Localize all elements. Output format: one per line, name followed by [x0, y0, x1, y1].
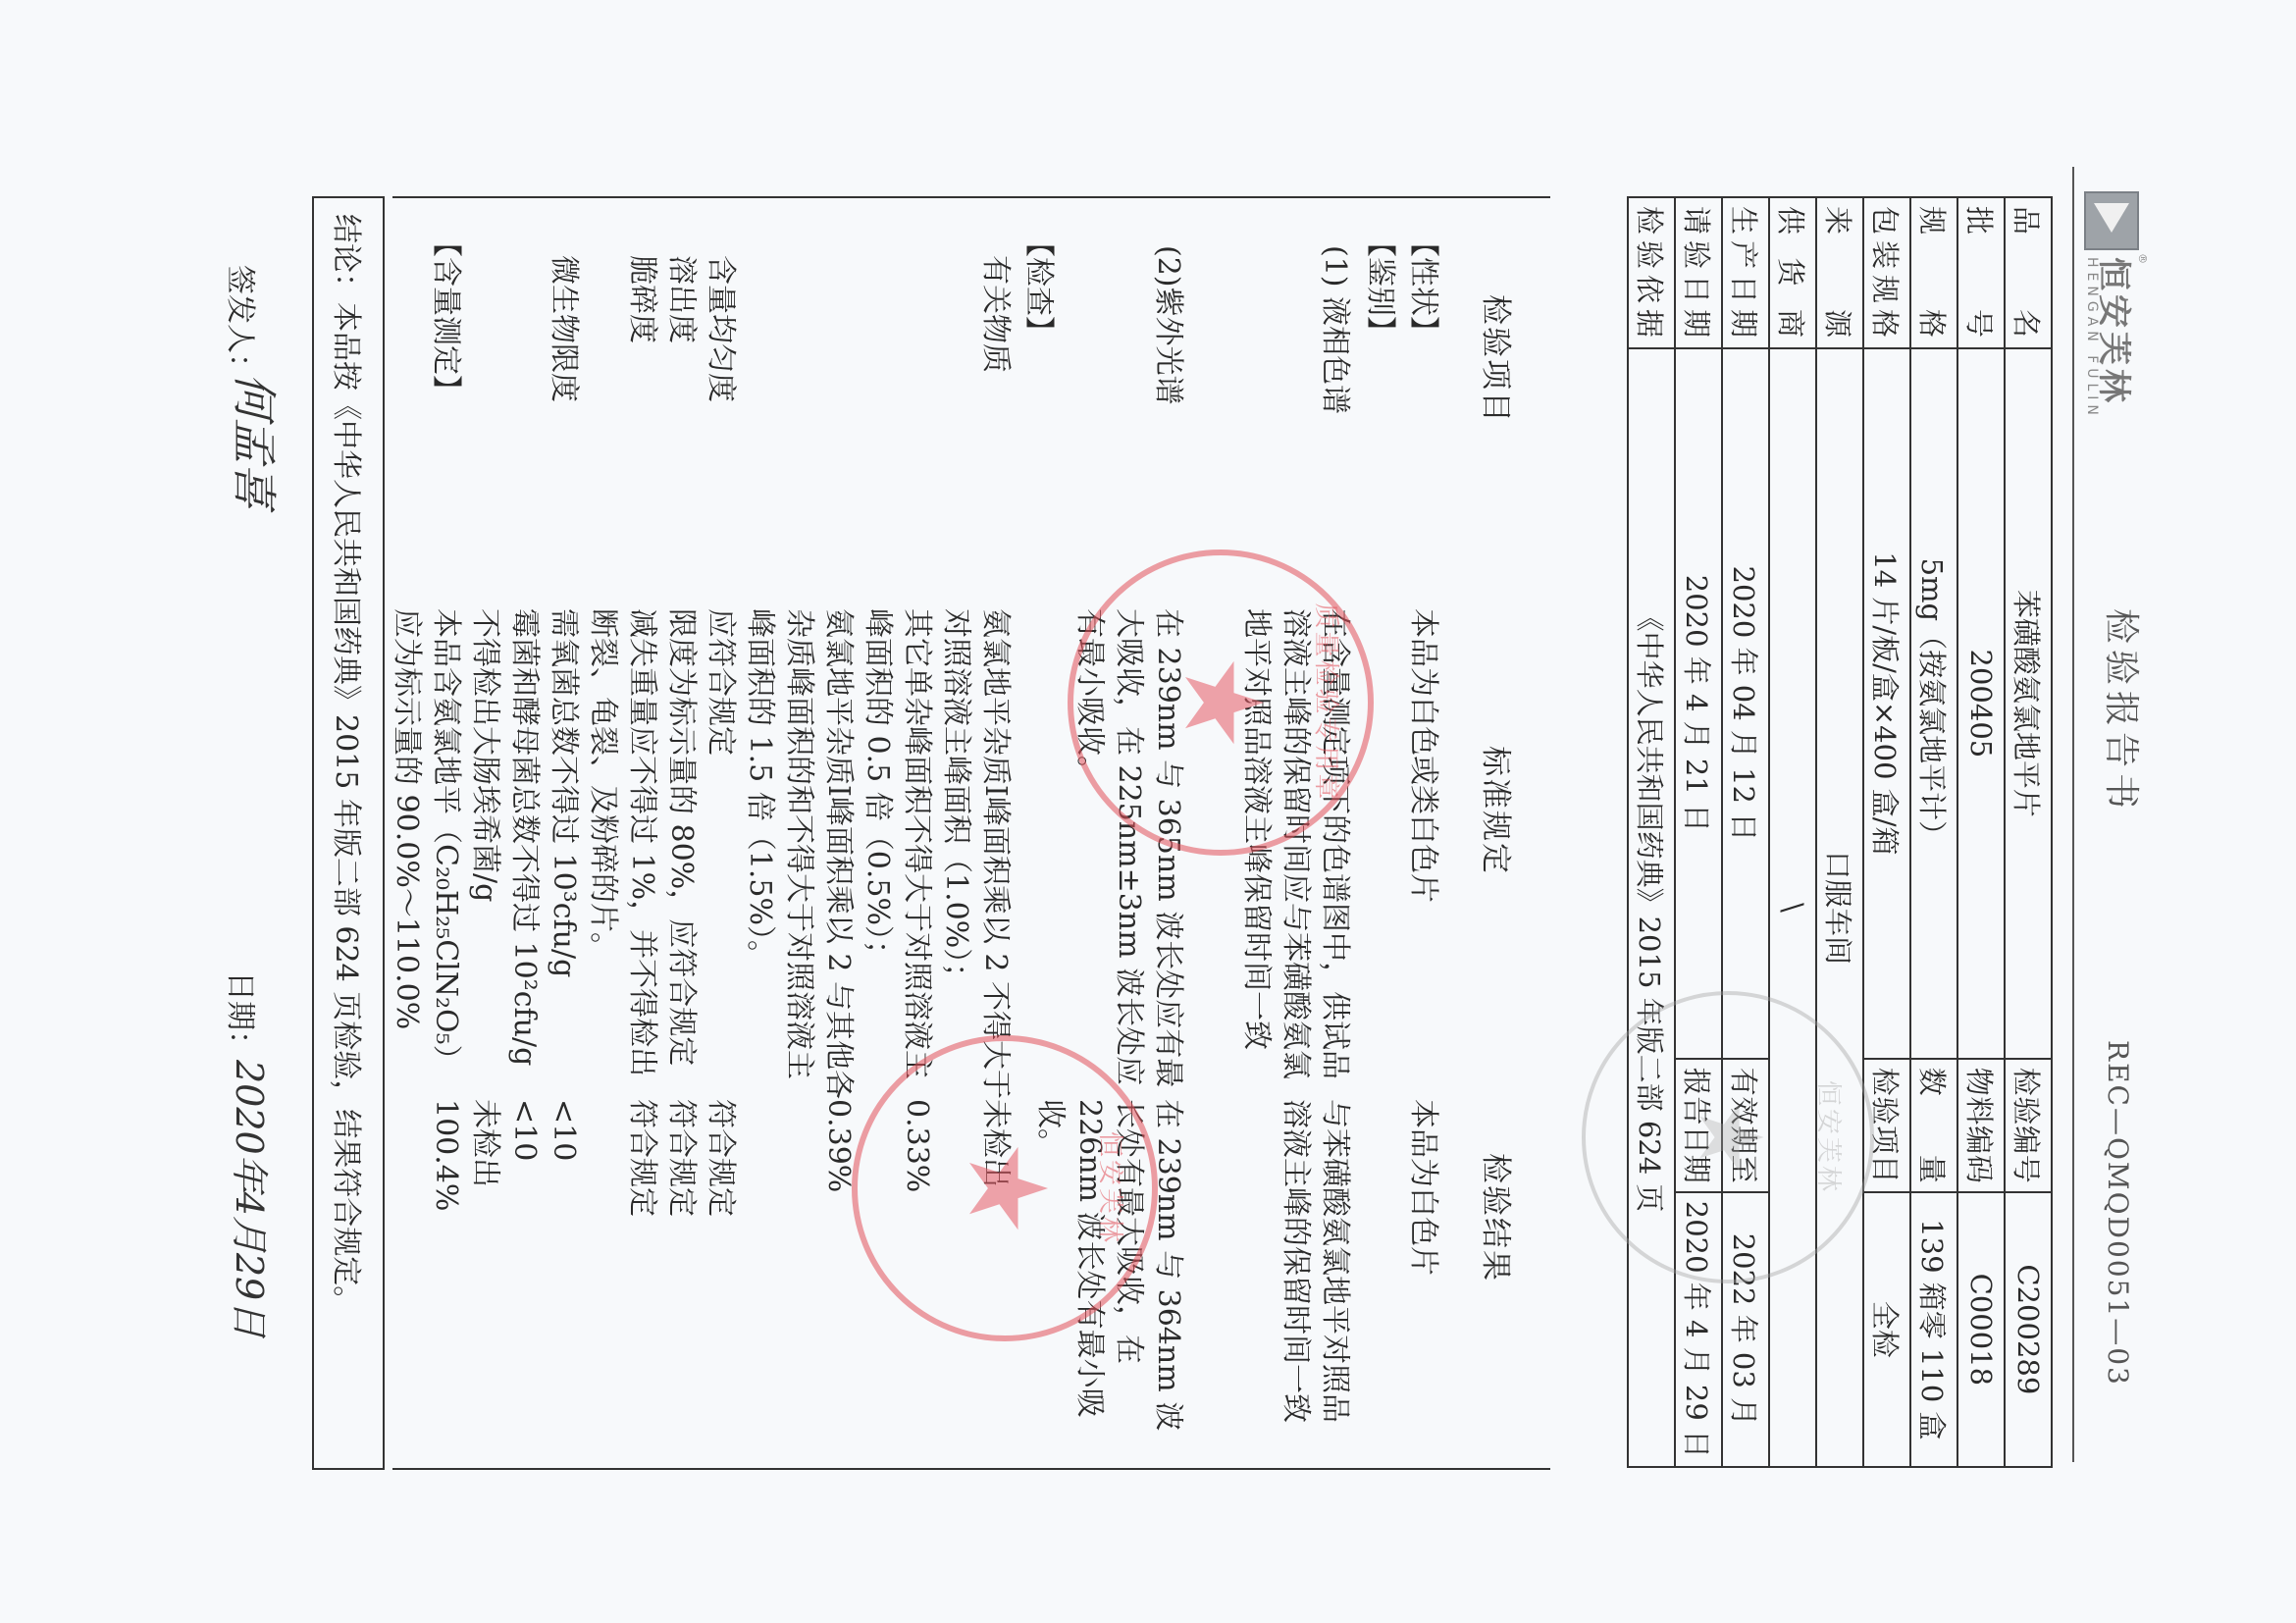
- report-title: 检验报告书: [2099, 608, 2149, 814]
- info-value: 2020 年 4 月 21 日: [1675, 348, 1722, 1059]
- related-standard-3: 氨氯地平杂质Ⅰ峰面积乘以 2 与其他各杂质峰面积的和不得大于对照溶液主峰面积的 …: [740, 608, 858, 1099]
- dissolution-result: 符合规定: [661, 1099, 701, 1433]
- document-code: REC—QMQD0051—03: [2102, 1040, 2134, 1387]
- company-name-cn: 恒安芙林: [2093, 257, 2141, 406]
- info-label: 检验编号: [2005, 1059, 2052, 1192]
- info-row: 包装规格 14 片/板/盒×400 盒/箱 检验项目 全检: [1863, 197, 1910, 1467]
- info-label: 规 格: [1910, 197, 1957, 348]
- uv-result: 在 239nm 与 364nm 波长处有最大吸收，在 226nm 波长处有最小吸…: [1030, 1099, 1187, 1433]
- info-row: 检验依据 《中华人民共和国药典》2015 年版二部 624 页: [1628, 197, 1675, 1467]
- info-value: 《中华人民共和国药典》2015 年版二部 624 页: [1628, 348, 1675, 1467]
- info-label: 供 货 商: [1769, 197, 1816, 348]
- column-header-standard: 标准规定: [1477, 746, 1521, 875]
- header-divider: [2072, 167, 2074, 1462]
- info-label: 检验项目: [1863, 1059, 1910, 1192]
- info-label: 品 名: [2005, 197, 2052, 348]
- sample-info-table: 品 名 苯磺酸氨氯地平片 检验编号 C200289 批 号 200405 物料编…: [1627, 196, 2053, 1468]
- signer-label: 签发人：: [222, 265, 265, 383]
- info-value: 全检: [1863, 1192, 1910, 1467]
- info-label: 检验依据: [1628, 197, 1675, 348]
- info-row: 规 格 5mg（按氨氯地平计） 数 量 139 箱零 110 盒: [1910, 197, 1957, 1467]
- info-label: 批 号: [1957, 197, 2005, 348]
- test-item-microbial-limit: 微生物限度: [544, 255, 583, 402]
- uniformity-standard: 应符合规定: [701, 608, 740, 1099]
- info-label: 报告日期: [1675, 1059, 1722, 1192]
- info-value: \: [1769, 348, 1816, 1467]
- company-name-en: HENGAN FULIN: [2084, 257, 2100, 420]
- info-label: 生产日期: [1722, 197, 1769, 348]
- micro-standard-2: 霉菌和酵母菌总数不得过 10²cfu/g: [504, 608, 544, 1099]
- appearance-result: 本品为白色片: [1403, 1099, 1442, 1433]
- date-signature: 2020年4月29日: [226, 1060, 280, 1337]
- micro-result-1: <10: [544, 1099, 583, 1433]
- info-label: 来 源: [1816, 197, 1863, 348]
- hplc-standard: 在含量测定项下的色谱图中，供试品溶液主峰的保留时间应与苯磺酸氨氯地平对照品溶液主…: [1236, 608, 1354, 1099]
- info-value: 5mg（按氨氯地平计）: [1910, 348, 1957, 1059]
- info-row: 来 源 口服车间: [1816, 197, 1863, 1467]
- micro-result-3: 未检出: [465, 1099, 504, 1433]
- info-label: 物料编码: [1957, 1059, 2005, 1192]
- related-result-1: 未检出: [975, 1099, 1015, 1433]
- appearance-standard: 本品为白色或类白色片: [1403, 608, 1442, 1099]
- related-standard-1: 氨氯地平杂质Ⅰ峰面积乘以 2 不得大于对照溶液主峰面积（1.0%）；: [936, 608, 1015, 1099]
- section-identification: 【鉴别】: [1360, 228, 1399, 345]
- uv-standard: 在 239nm 与 365nm 波长处应有最大吸收，在 225nm±3nm 波长…: [1070, 608, 1187, 1099]
- info-value: 苯磺酸氨氯地平片: [2005, 348, 2052, 1059]
- info-value: 14 片/板/盒×400 盒/箱: [1863, 348, 1910, 1059]
- micro-standard-3: 不得检出大肠埃希菌/g: [465, 608, 504, 1099]
- info-row: 生产日期 2020 年 04 月 12 日 有效期至 2022 年 03 月: [1722, 197, 1769, 1467]
- test-item-content-uniformity: 含量均匀度: [701, 255, 740, 402]
- info-row: 供 货 商 \: [1769, 197, 1816, 1467]
- dissolution-standard: 限度为标示量的 80%，应符合规定: [661, 608, 701, 1099]
- uniformity-result: 符合规定: [701, 1099, 740, 1433]
- info-row: 请验日期 2020 年 4 月 21 日 报告日期 2020 年 4 月 29 …: [1675, 197, 1722, 1467]
- friability-standard: 减失重量应不得过 1%，并不得检出断裂、龟裂、及粉碎的片。: [583, 608, 661, 1099]
- friability-result: 符合规定: [622, 1099, 661, 1433]
- info-row: 批 号 200405 物料编码 C00018: [1957, 197, 2005, 1467]
- info-label: 请验日期: [1675, 197, 1722, 348]
- inspection-report-page: 恒安芙林 ® HENGAN FULIN 检验报告书 REC—QMQD0051—0…: [0, 0, 2296, 1623]
- assay-result: 100.4%: [426, 1099, 465, 1433]
- section-assay: 【含量测定】: [426, 228, 465, 404]
- conclusion-text: 结论：本品按《中华人民共和国药典》2015 年版二部 624 页检验，结果符合规…: [328, 214, 371, 1315]
- info-value: 200405: [1957, 348, 2005, 1059]
- section-checks: 【检查】: [1018, 228, 1058, 345]
- info-value: 口服车间: [1816, 348, 1863, 1467]
- related-standard-2: 其它单杂峰面积不得大于对照溶液主峰面积的 0.5 倍（0.5%）；: [858, 608, 936, 1099]
- info-label: 包装规格: [1863, 197, 1910, 348]
- info-value: 2020 年 4 月 29 日: [1675, 1192, 1722, 1467]
- test-item-related-substances: 有关物质: [975, 255, 1015, 373]
- test-item-hplc: (1) 液相色谱: [1315, 245, 1354, 414]
- info-value: C00018: [1957, 1192, 2005, 1467]
- assay-standard: 本品含氨氯地平（C₂₀H₂₅ClN₂O₅）应为标示量的 90.0%～110.0%: [387, 608, 465, 1099]
- info-value: 139 箱零 110 盒: [1910, 1192, 1957, 1467]
- company-logo-icon: [2084, 191, 2139, 250]
- info-label: 数 量: [1910, 1059, 1957, 1192]
- registered-mark: ®: [2136, 253, 2149, 264]
- related-result-2: 0.33%: [897, 1099, 936, 1433]
- test-item-dissolution: 溶出度: [661, 255, 701, 343]
- column-header-result: 检验结果: [1477, 1153, 1521, 1283]
- hplc-result: 与苯磺酸氨氯地平对照品溶液主峰的保留时间一致: [1276, 1099, 1354, 1433]
- signer-signature: 何孟喜: [225, 373, 289, 508]
- date-label: 日期：: [222, 971, 265, 1060]
- section-appearance: 【性状】: [1403, 228, 1442, 345]
- test-item-friability: 脆碎度: [622, 255, 661, 343]
- info-row: 品 名 苯磺酸氨氯地平片 检验编号 C200289: [2005, 197, 2052, 1467]
- micro-standard-1: 需氧菌总数不得过 10³cfu/g: [544, 608, 583, 1099]
- micro-result-2: <10: [504, 1099, 544, 1433]
- info-value: 2020 年 04 月 12 日: [1722, 348, 1769, 1059]
- info-value: 2022 年 03 月: [1722, 1192, 1769, 1467]
- test-item-uv: (2)紫外光谱: [1148, 245, 1187, 405]
- column-header-item: 检验项目: [1477, 294, 1521, 424]
- info-value: C200289: [2005, 1192, 2052, 1467]
- related-result-3: 0.39%: [818, 1099, 858, 1433]
- info-label: 有效期至: [1722, 1059, 1769, 1192]
